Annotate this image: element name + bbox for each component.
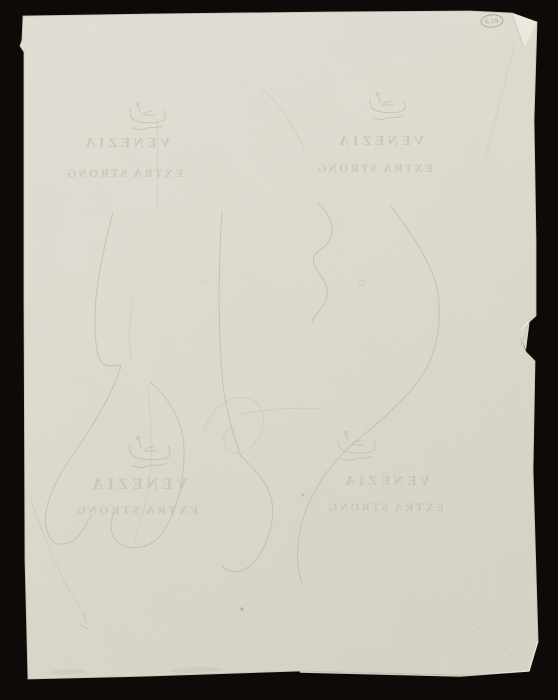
foxing-spot	[302, 494, 305, 497]
paper-sheet	[20, 11, 538, 679]
photograph-of-drawing-verso: VENEZIA EXTRA STRONG VENEZIA EXTRA STRON…	[0, 0, 558, 700]
watermark-line2: EXTRA STRONG	[74, 503, 198, 517]
watermark-line2: EXTRA STRONG	[326, 502, 443, 514]
watermark-line2: EXTRA STRONG	[315, 163, 432, 175]
watermark-line1: VENEZIA	[336, 134, 424, 149]
paper-surface	[20, 11, 538, 679]
watermark-line2: EXTRA STRONG	[65, 168, 182, 180]
watermark-line1: VENEZIA	[82, 136, 170, 151]
watermark-line1: VENEZIA	[89, 476, 188, 493]
collection-stamp-text: 6.59	[485, 18, 499, 26]
scene: VENEZIA EXTRA STRONG VENEZIA EXTRA STRON…	[0, 0, 558, 700]
watermark-line1: VENEZIA	[342, 474, 430, 489]
